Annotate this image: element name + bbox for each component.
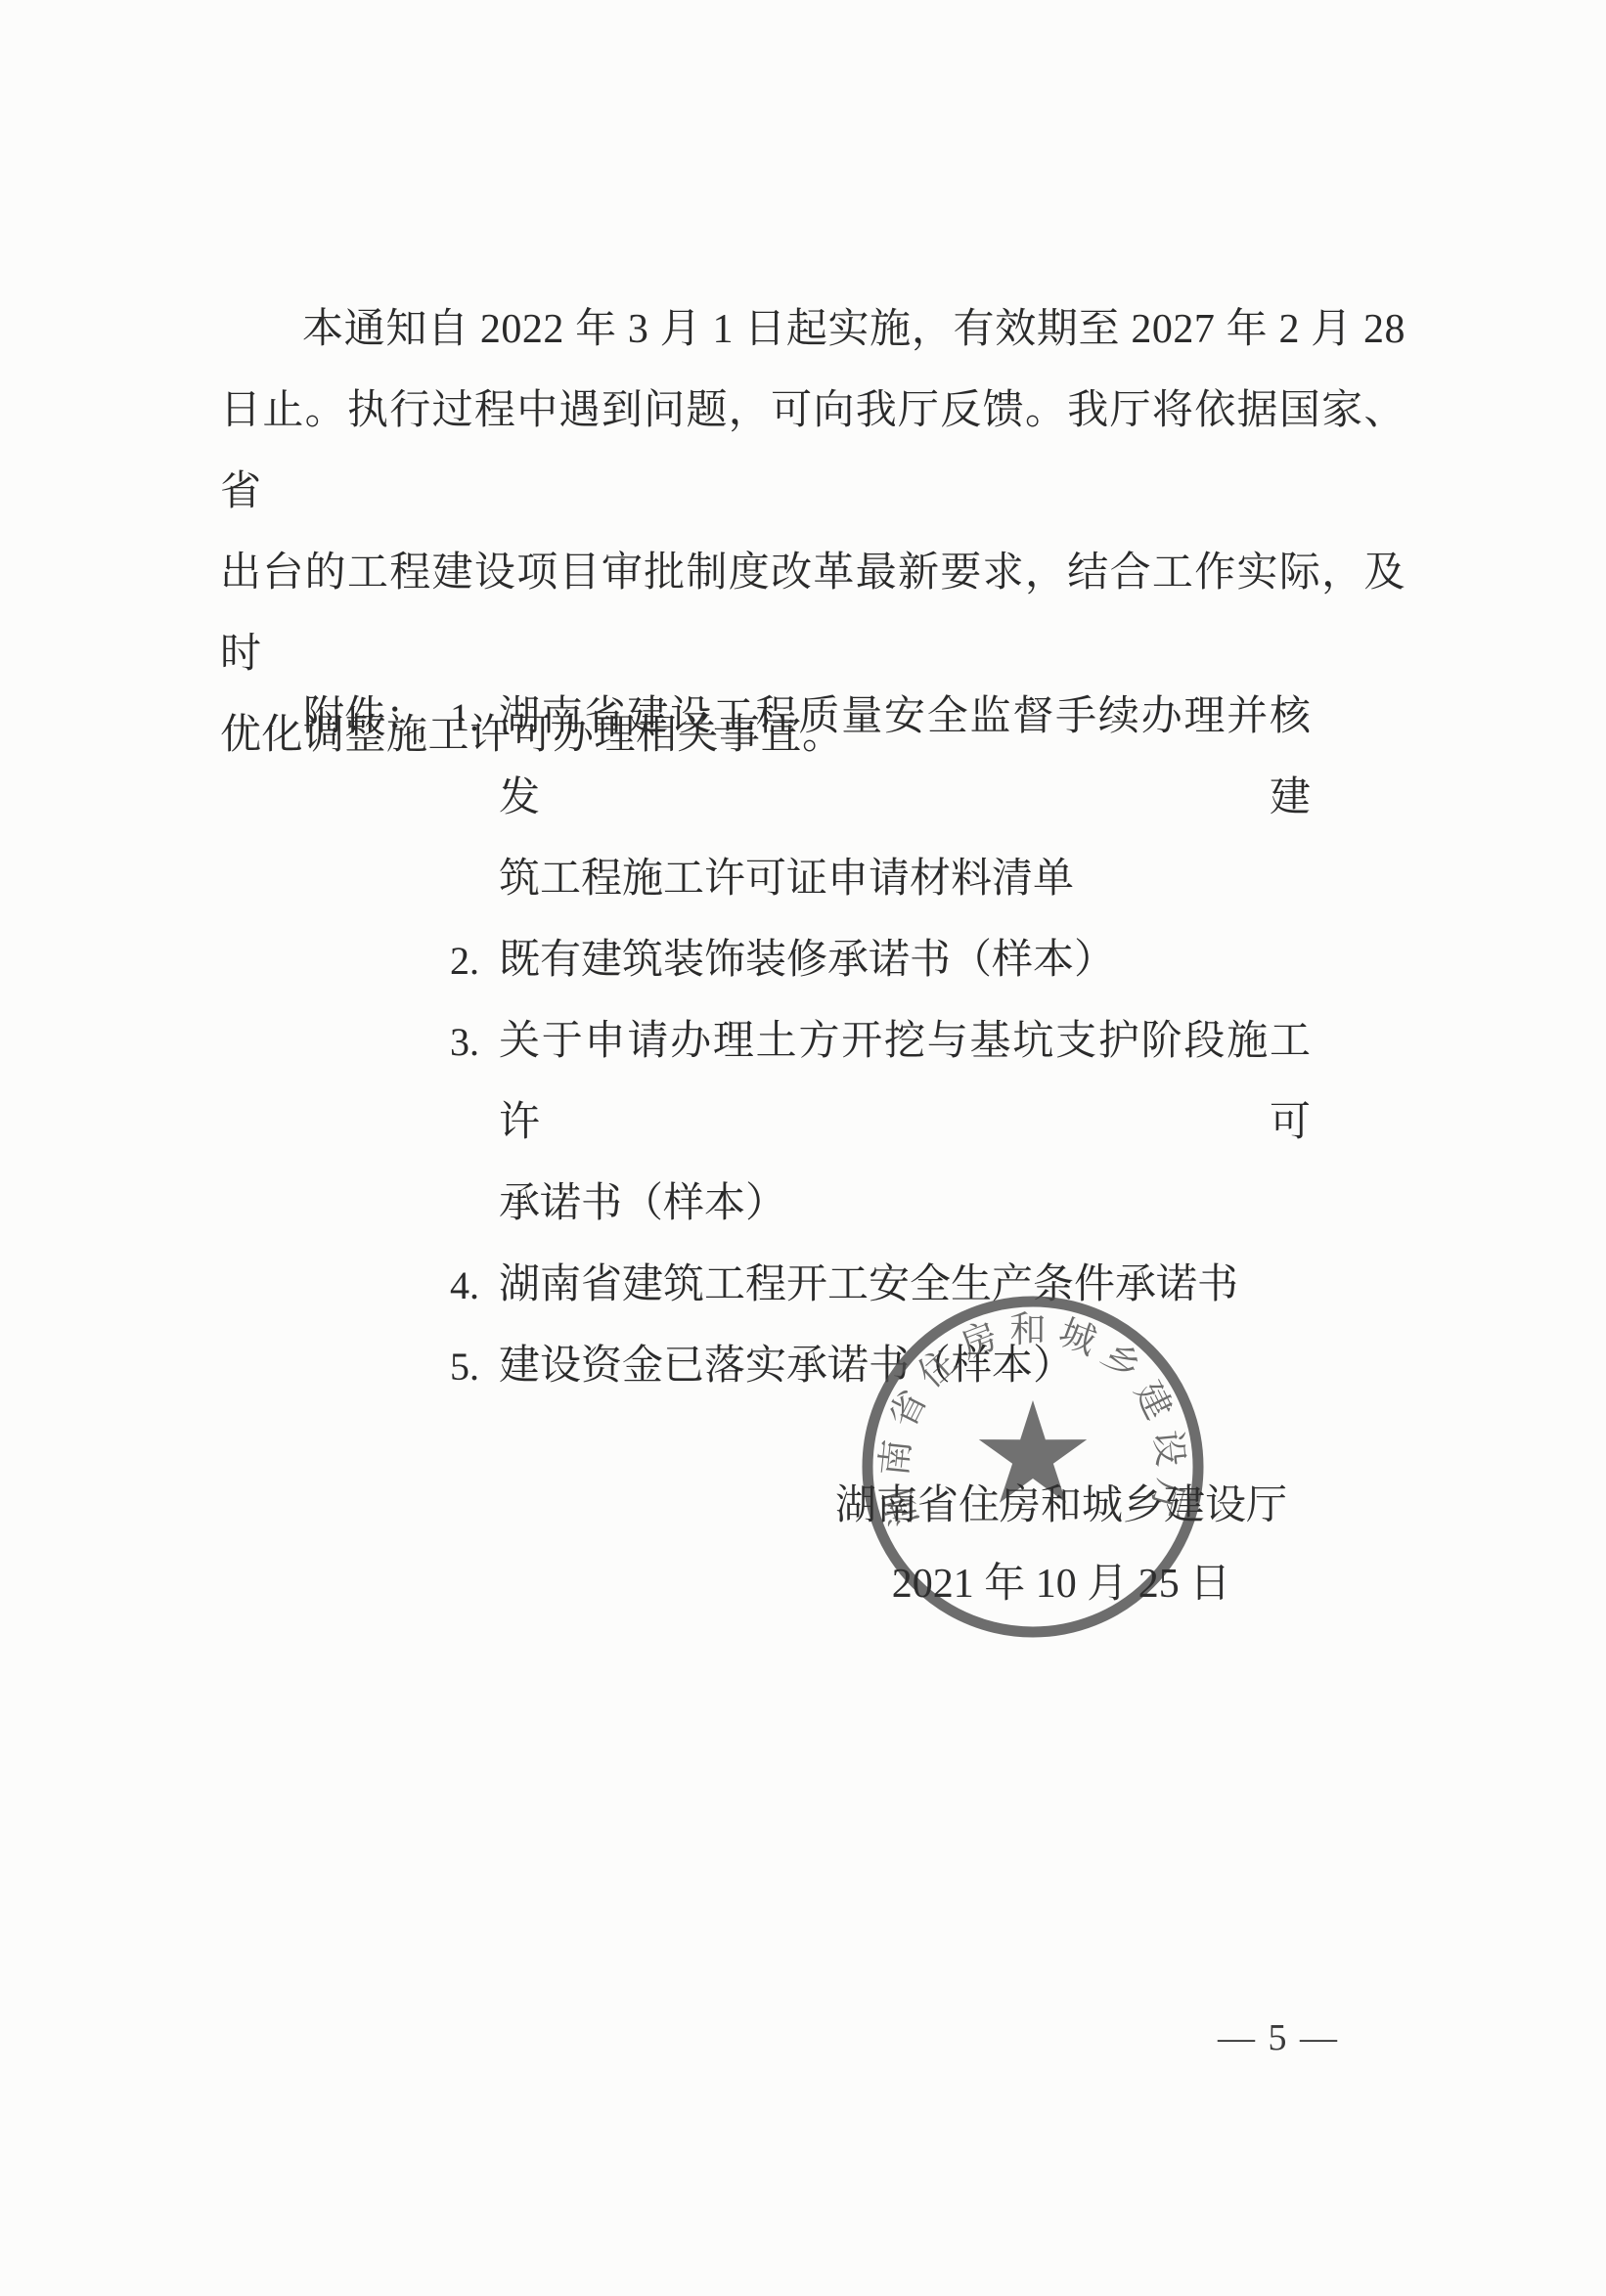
attachment-item: 3. 关于申请办理土方开挖与基坑支护阶段施工许可 承诺书（样本） xyxy=(450,1001,1311,1245)
page-number: — 5 — xyxy=(1218,2016,1339,2059)
attachment-text-line: 关于申请办理土方开挖与基坑支护阶段施工许可 xyxy=(499,1001,1311,1164)
paragraph-line: 日止。执行过程中遇到问题，可向我厅反馈。我厅将依据国家、省 xyxy=(220,371,1405,533)
attachment-text-line: 筑工程施工许可证申请材料清单 xyxy=(499,839,1311,920)
attachment-number: 5. xyxy=(450,1326,499,1407)
paragraph-line: 出台的工程建设项目审批制度改革最新要求，结合工作实际，及时 xyxy=(220,533,1405,695)
attachment-text-line: 湖南省建设工程质量安全监督手续办理并核发建 xyxy=(499,677,1311,839)
signature-date: 2021 年 10 月 25 日 xyxy=(768,1545,1355,1623)
document-page: 本通知自 2022 年 3 月 1 日起实施，有效期至 2027 年 2 月 2… xyxy=(0,0,1606,2296)
attachment-text-line: 既有建筑装饰装修承诺书（样本） xyxy=(499,920,1311,1001)
attachment-number: 2. xyxy=(450,920,499,1001)
signature-org: 湖南省住房和城乡建设厅 xyxy=(768,1467,1355,1545)
attachment-number: 3. xyxy=(450,1001,499,1245)
attachment-item: 2. 既有建筑装饰装修承诺书（样本） xyxy=(450,920,1311,1001)
attachment-text-line: 承诺书（样本） xyxy=(499,1164,1311,1245)
attachments-label: 附件： xyxy=(303,677,450,1407)
attachment-number: 4. xyxy=(450,1245,499,1326)
attachment-number: 1. xyxy=(450,677,499,920)
signature-block: 湖南省住房和城乡建设厅 2021 年 10 月 25 日 xyxy=(768,1467,1355,1623)
attachment-item: 1. 湖南省建设工程质量安全监督手续办理并核发建 筑工程施工许可证申请材料清单 xyxy=(450,677,1311,920)
paragraph-line: 本通知自 2022 年 3 月 1 日起实施，有效期至 2027 年 2 月 2… xyxy=(220,289,1405,371)
